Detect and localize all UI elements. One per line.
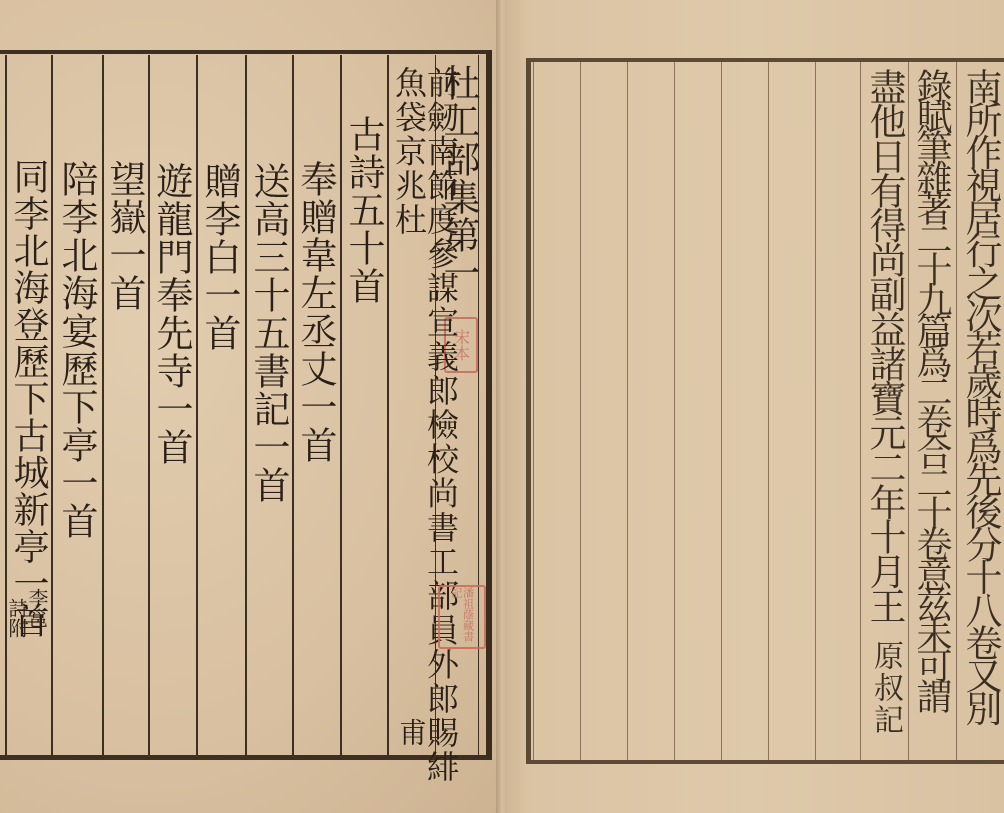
poem-title: 同李北海登歷下古城新亭一首 <box>10 158 46 639</box>
column-rule <box>860 62 861 760</box>
annotation-line1: 李邕 <box>27 588 47 628</box>
preface-signature: 原叔記 <box>870 640 900 736</box>
seal-collector: 潘祖蔭藏書記 <box>438 585 486 649</box>
column-rule <box>580 62 581 760</box>
column-rule <box>627 62 628 760</box>
author-name: 甫 <box>397 718 425 747</box>
column-rule <box>815 62 816 760</box>
column-rule <box>721 62 722 760</box>
column-rule <box>768 62 769 760</box>
poem-title: 奉贈韋左丞丈一首 <box>297 160 334 464</box>
column-rule <box>908 62 909 760</box>
section-heading: 古詩五十首 <box>345 115 382 305</box>
annotation-line2: 詩附 <box>7 598 27 638</box>
column-rule <box>5 55 7 755</box>
poem-title: 遊龍門奉先寺一首 <box>153 162 190 466</box>
column-rule <box>533 62 534 760</box>
author-line: 前劒南節度參謀宣義郎檢校尚書工部員外郎賜緋魚袋京兆杜 <box>393 66 457 813</box>
poem-title: 陪李北海宴歷下亭一首 <box>58 160 95 540</box>
column-rule <box>196 55 198 755</box>
book-gutter <box>496 0 506 813</box>
column-rule <box>674 62 675 760</box>
poem-title: 望嶽一首 <box>106 160 143 312</box>
poem-title: 送高三十五書記一首 <box>250 162 287 504</box>
preface-column: 錄賦筆雜著二十九篇爲二卷合二十卷意兹未可謂 <box>913 68 949 709</box>
column-rule <box>51 55 53 755</box>
poem-title: 贈李白一首 <box>201 162 238 352</box>
preface-column: 盡他日有得尚副益諸寶元二年十月王 <box>866 68 903 622</box>
column-rule <box>956 62 957 760</box>
column-rule <box>387 55 389 755</box>
preface-column: 南所作視居行之次若歲時爲先後分十八卷又別 <box>962 68 999 722</box>
